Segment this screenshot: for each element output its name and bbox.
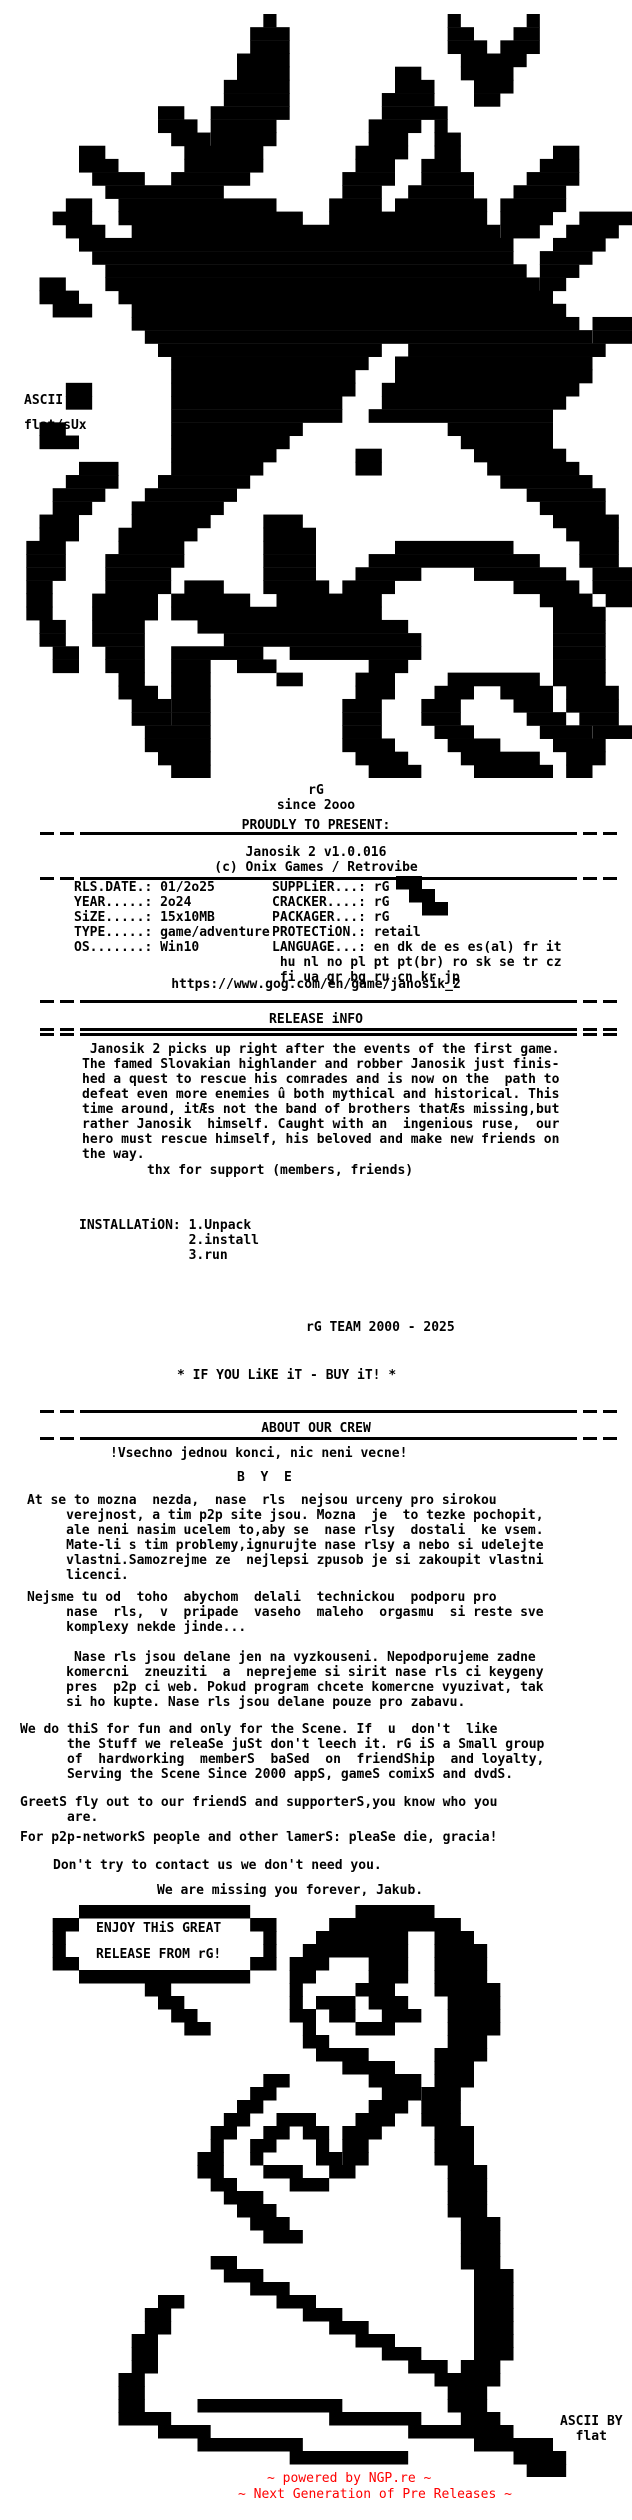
greets-line: GreetS fly out to our friendS and suppor… — [20, 1795, 497, 1825]
group-since: since 2ooo — [0, 798, 632, 813]
crew-paragraph-2: Nejsme tu od toho abychom delali technic… — [27, 1590, 544, 1635]
top-art-credit: ASCII by flat/sUx — [24, 388, 87, 438]
release-copyright: (c) Onix Games / Retrovibe — [0, 860, 632, 875]
speech-bubble-text: ENJOY THiS GREAT RELEASE FROM rG! — [96, 1916, 221, 1968]
release-table-left: RLS.DATE.: 01/2o25 YEAR.....: 2o24 SiZE.… — [74, 880, 270, 955]
crew-paragraph-1: At se to mozna nezda, nase rls nejsou ur… — [27, 1493, 544, 1583]
top-ascii-art — [0, 14, 632, 778]
crew-paragraph-4: We do thiS for fun and only for the Scen… — [20, 1722, 544, 1782]
release-title: Janosik 2 v1.0.016 — [0, 845, 632, 860]
release-info-header: RELEASE iNFO — [0, 1012, 632, 1027]
girl-ascii-art — [0, 1905, 632, 2477]
store-link[interactable]: https://www.gog.com/en/game/janosik_2 — [0, 977, 632, 992]
contact-line: Don't try to contact us we don't need yo… — [53, 1858, 382, 1873]
crew-header: ABOUT OUR CREW — [0, 1421, 632, 1436]
proudly-present-line: PROUDLY TO PRESENT: — [0, 818, 632, 833]
section-divider — [40, 1437, 617, 1440]
footer-ngp-tagline: ~ Next Generation of Pre Releases ~ — [238, 2487, 512, 2502]
team-years-line: rG TEAM 2000 - 2025 — [306, 1320, 455, 1335]
footer-powered-by: ~ powered by NGP.re ~ — [267, 2471, 431, 2486]
bottom-art-credit: ASCII BY flat — [560, 2414, 623, 2444]
thanks-line: thx for support (members, friends) — [147, 1163, 413, 1178]
section-divider — [40, 1000, 617, 1003]
nfo-page: { "colors": {"ink":"#000000","paper":"#f… — [0, 0, 632, 2520]
buy-it-line: * IF YOU LiKE iT - BUY iT! * — [177, 1368, 396, 1383]
section-divider — [40, 1028, 617, 1031]
group-brand: rG — [0, 783, 632, 798]
crew-paragraph-3: Nase rls jsou delane jen na vyzkouseni. … — [27, 1650, 544, 1710]
release-description: Janosik 2 picks up right after the event… — [82, 1042, 559, 1162]
art-fragment — [396, 876, 456, 916]
section-divider — [40, 1033, 617, 1036]
section-divider — [40, 832, 617, 835]
bye-line: B Y E — [237, 1470, 292, 1485]
memorial-line: We are missing you forever, Jakub. — [157, 1883, 423, 1898]
section-divider — [40, 1410, 617, 1413]
crew-motto: !Vsechno jednou konci, nic neni vecne! — [110, 1446, 407, 1461]
lamers-line: For p2p-networkS people and other lamerS… — [20, 1830, 497, 1845]
installation-steps: INSTALLATiON: 1.Unpack 2.install 3.run — [79, 1218, 259, 1263]
